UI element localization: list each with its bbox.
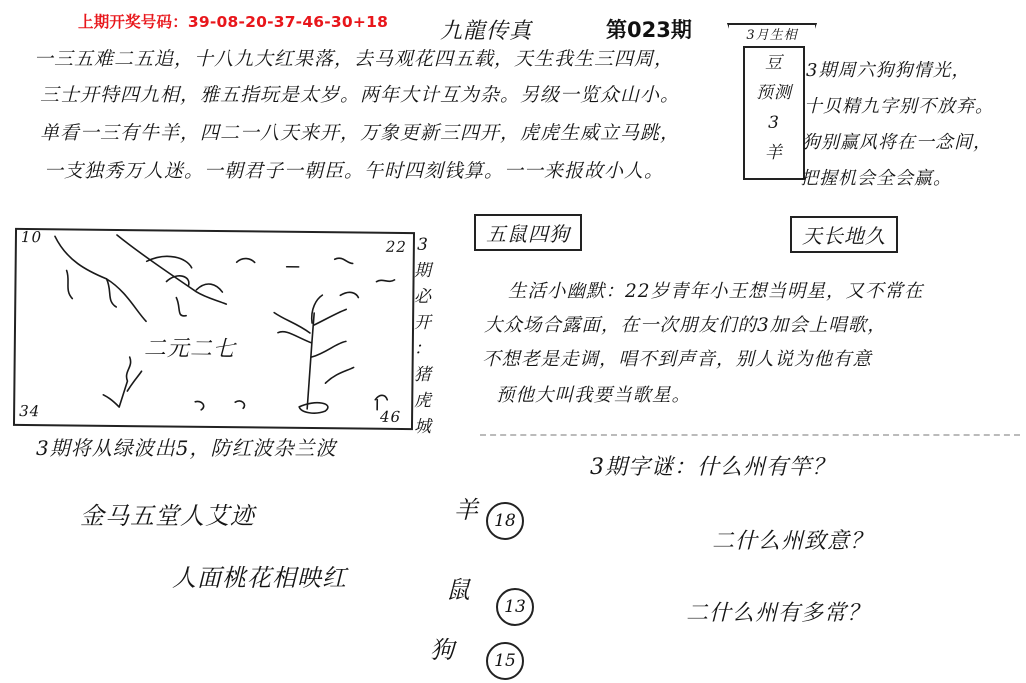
zodiac-panel: 豆 预测 3 羊: [743, 46, 805, 180]
bottom-line-1: 金马五堂人艾迹: [80, 496, 255, 531]
zodiac-inner-3: 3: [745, 108, 803, 138]
story-line-2: 大众场合露面，在一次朋友们的3加会上唱歌，: [484, 310, 887, 342]
tag-right: 天长地久: [790, 216, 898, 253]
picture-footer: 3期将从绿波出5，防红波杂兰波: [36, 432, 336, 461]
pick-animal-1: 羊: [454, 490, 479, 525]
pick-animal-2: 鼠: [446, 570, 471, 605]
issue-number: 第023期: [606, 14, 692, 44]
side-poem-line-3: 狗别赢风将在一念间，: [802, 128, 992, 154]
zodiac-inner-1: 豆: [745, 48, 803, 78]
poem-line-4: 一支独秀万人迷。一朝君子一朝臣。午时四刻钱算。一一来报故小人。: [44, 156, 664, 183]
riddle-question-3: 二什么州有多常？: [686, 596, 870, 627]
story-line-4: 预他大叫我要当歌星。: [496, 380, 691, 412]
bottom-line-2: 人面桃花相映红: [172, 558, 347, 593]
pick-number-1: 18: [486, 502, 524, 540]
last-draw-result: 上期开奖号码：39-08-20-37-46-30+18: [78, 10, 388, 32]
story-line-3: 不想老是走调，唱不到声音，别人说为他有意: [482, 344, 872, 376]
riddle-question-1: 3期字谜：什么州有竿？: [590, 450, 835, 481]
side-poem-line-2: 十贝精九字别不放弃。: [804, 92, 994, 118]
riddle-picture: 10 22 34 46 二元二七: [13, 228, 415, 430]
corner-number-top-right: 22: [386, 238, 407, 256]
side-poem-line-1: 3期周六狗狗情光，: [806, 56, 970, 82]
corner-number-bottom-right: 46: [380, 408, 401, 426]
corner-number-top-left: 10: [21, 228, 42, 246]
pick-animal-3: 狗: [430, 630, 455, 665]
zodiac-inner-4: 羊: [745, 138, 803, 168]
pick-number-3: 15: [486, 642, 524, 680]
riddle-question-2: 二什么州致意？: [712, 524, 873, 555]
corner-number-bottom-left: 34: [19, 402, 40, 420]
picture-caption: 二元二七: [144, 331, 236, 363]
divider: [480, 434, 1020, 436]
poem-line-2: 三士开特四九相，雅五指玩是太岁。两年大计互为杂。另级一览众山小。: [40, 80, 680, 107]
poem-line-1: 一三五难二五追，十八九大红果落，去马观花四五载，天生我生三四周，: [34, 44, 674, 71]
poem-line-3: 单看一三有牛羊，四二一八天来开，万象更新三四开，虎虎生威立马跳，: [40, 118, 680, 145]
sheet-title: 九龍传真: [440, 14, 532, 45]
picture-vertical-text: 3 期 必 开 ： 猪 虎 城: [412, 232, 434, 440]
last-draw-numbers: 39-08-20-37-46-30+18: [188, 13, 388, 31]
tag-left: 五鼠四狗: [474, 214, 582, 251]
story-line-1: 生活小幽默：22岁青年小王想当明星，又不常在: [508, 276, 924, 308]
pick-number-2: 13: [496, 588, 534, 626]
side-poem-line-4: 把握机会全会赢。: [800, 164, 952, 190]
last-draw-label: 上期开奖号码：: [78, 13, 188, 31]
zodiac-inner-2: 预测: [745, 78, 803, 108]
branch-sketch-icon: [15, 230, 413, 428]
